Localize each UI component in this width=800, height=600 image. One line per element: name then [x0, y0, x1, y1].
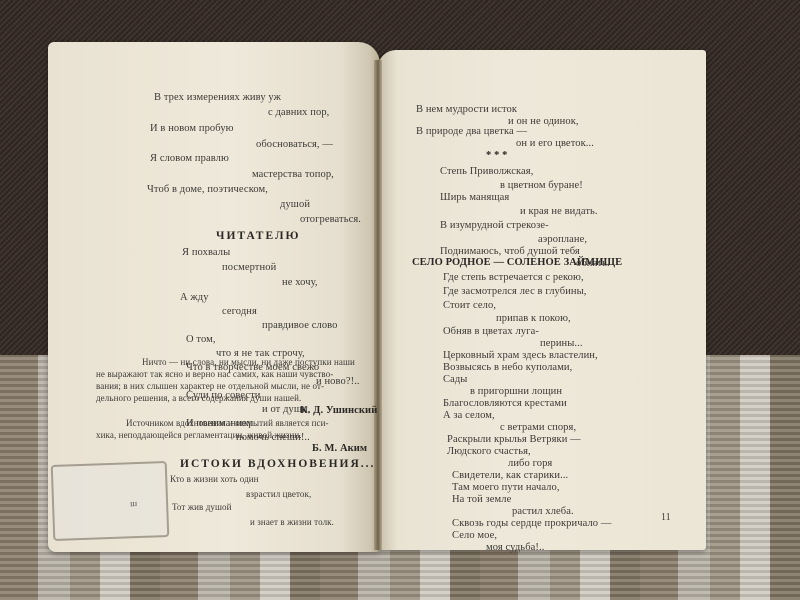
poem-line: На той земле — [452, 494, 511, 505]
poem-line: сегодня — [222, 306, 257, 317]
poem-line: Церковный храм здесь властелин, — [443, 350, 598, 361]
poem-line: Кто в жизни хоть один — [170, 474, 259, 484]
poem-line: Благословляются крестами — [443, 398, 567, 409]
poem-line: и края не видать. — [520, 206, 598, 217]
poem-line: отогреваться. — [300, 214, 361, 225]
plastic-bookmark: ш — [51, 461, 170, 541]
poem-line: взрастил цветок, — [246, 489, 311, 499]
poem-line: Сады — [443, 374, 467, 385]
quote-line: не выражают так ясно и верно нас самих, … — [96, 369, 333, 379]
poem-line: и знает в жизни толк. — [250, 517, 334, 527]
quote-line: дельного решения, а всего содержания душ… — [96, 393, 301, 403]
quote-line: вания; в них слышен характер не отдельно… — [96, 381, 324, 391]
separator: * * * — [486, 150, 508, 161]
quote-line: хика, неподдающейся регламентации, живой… — [96, 430, 302, 440]
poem-line: Обняв в цветах луга- — [443, 326, 539, 337]
poem-line: В трех измерениях живу уж — [154, 92, 281, 103]
poem-line: в цветном буране! — [500, 180, 583, 191]
poem-line: он и его цветок... — [516, 138, 594, 149]
poem-line: с ветрами споря, — [500, 422, 576, 433]
book-gutter — [374, 60, 382, 550]
poem-line: В природе два цветка — — [416, 126, 527, 137]
poem-line: Где засмотрелся лес в глубины, — [443, 286, 587, 297]
poem-line: В нем мудрости исток — [416, 104, 517, 115]
poem-line: А жду — [180, 292, 209, 303]
page-number: 11 — [661, 512, 671, 523]
poem-line: О том, — [186, 334, 216, 345]
poem-line: Чтоб в доме, поэтическом, — [147, 184, 268, 195]
poem-line: Там моего пути начало, — [452, 482, 560, 493]
poem-line: Степь Приволжская, — [440, 166, 533, 177]
poem-line: Сквозь годы сердце прокричало — — [452, 518, 611, 529]
poem-line: Свидетели, как старики... — [452, 470, 568, 481]
quote-line: Источником вдохновения и открытий являет… — [126, 418, 329, 428]
poem-line: припав к покою, — [496, 313, 571, 324]
quote-author: Б. М. Аким — [312, 443, 367, 454]
poem-line: не хочу, — [282, 277, 318, 288]
poem-line: В изумрудной стрекозе- — [440, 220, 549, 231]
poem-line: Село мое, — [452, 530, 497, 541]
quote-line: Ничто — ни слова, ни мысли, ни даже пост… — [142, 357, 355, 367]
poem-line: либо горя — [508, 458, 552, 469]
poem-line: Поднимаюсь, чтоб душой тебя — [440, 246, 580, 257]
poem-line: Тот жив душой — [172, 502, 232, 512]
poem-line: перины... — [540, 338, 583, 349]
poem-title: СЕЛО РОДНОЕ — СОЛЕНОЕ ЗАЙМИЩЕ — [412, 257, 622, 268]
poem-line: Ширь манящая — [440, 192, 509, 203]
poem-line: А за селом, — [443, 410, 495, 421]
poem-line: моя судьба!.. — [486, 542, 544, 553]
poem-line: Стоит село, — [443, 300, 496, 311]
poem-line: Возвысясь в небо куполами, — [443, 362, 572, 373]
poem-line: Я похвалы — [182, 247, 230, 258]
poem-line: Раскрыли крылья Ветряки — — [447, 434, 581, 445]
poem-line: аэроплане, — [538, 234, 587, 245]
poem-line: Где степь встречается с рекою, — [443, 272, 584, 283]
poem-line: с давних пор, — [268, 107, 329, 118]
poem-line: мастерства топор, — [252, 169, 334, 180]
poem-line: Я словом правлю — [150, 153, 229, 164]
poem-title: ИСТОКИ ВДОХНОВЕНИЯ... — [180, 458, 375, 470]
poem-line: И в новом пробую — [150, 123, 234, 134]
poem-title: ЧИТАТЕЛЮ — [216, 230, 300, 242]
quote-author: К. Д. Ушинский — [300, 405, 377, 416]
poem-line: обосноваться, — — [256, 139, 333, 150]
poem-line: правдивое слово — [262, 320, 338, 331]
poem-line: Людского счастья, — [447, 446, 531, 457]
poem-line: в пригоршни лощин — [470, 386, 562, 397]
poem-line: растил хлеба. — [512, 506, 574, 517]
poem-line: душой — [280, 199, 310, 210]
bookmark-mark: ш — [130, 498, 137, 508]
poem-line: посмертной — [222, 262, 276, 273]
